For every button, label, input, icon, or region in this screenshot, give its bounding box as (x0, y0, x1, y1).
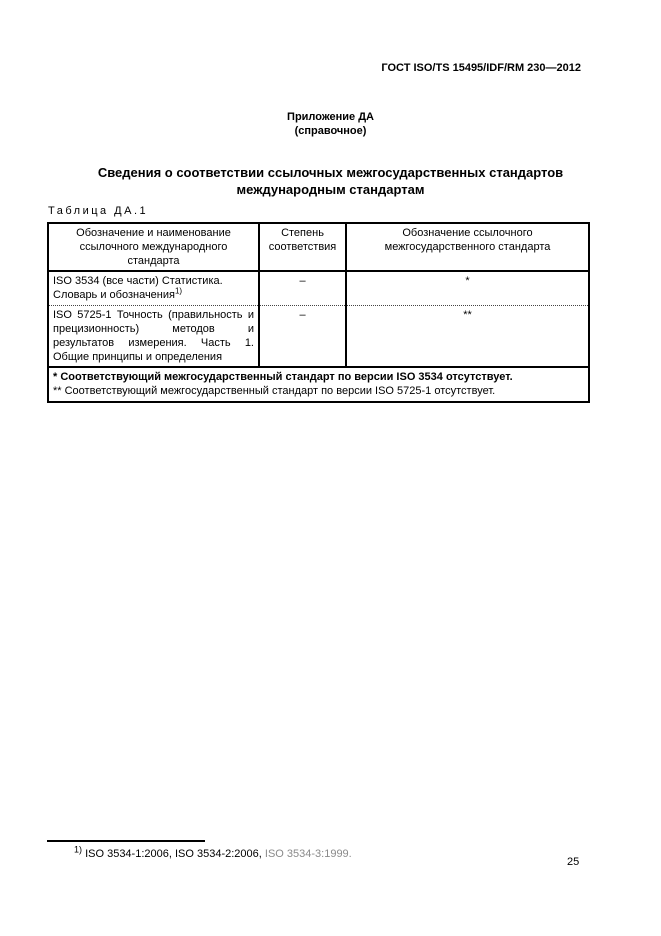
degree-cell: – (259, 271, 346, 305)
appendix-title: Приложение ДА (0, 110, 661, 124)
standard-name-line1: ISO 3534 (все части) Статистика. (53, 275, 223, 287)
document-header: ГОСТ ISO/TS 15495/IDF/RM 230—2012 (381, 62, 581, 74)
page-number: 25 (567, 856, 579, 868)
column-header-designation: Обозначение ссылочного межгосударственно… (346, 223, 589, 271)
degree-cell: – (259, 305, 346, 367)
table-note-1: * Соответствующий межгосударственный ста… (53, 370, 584, 384)
column-header-standard-name: Обозначение и наименование ссылочного ме… (48, 223, 259, 271)
standard-name-cell: ISO 5725-1 Точность (правильность и прец… (48, 305, 259, 367)
section-title-line1: Сведения о соответствии ссылочных межгос… (0, 164, 661, 181)
appendix-heading: Приложение ДА (справочное) (0, 110, 661, 138)
page-footnote: 1) ISO 3534-1:2006, ISO 3534-2:2006, ISO… (74, 848, 352, 860)
table-notes-row: * Соответствующий межгосударственный ста… (48, 367, 589, 402)
section-title: Сведения о соответствии ссылочных межгос… (0, 164, 661, 198)
table-row: ISO 5725-1 Точность (правильность и прец… (48, 305, 589, 367)
footnote-divider (47, 840, 205, 842)
footnote-marker: 1) (74, 844, 82, 854)
standard-name-line2: Словарь и обозначения (53, 289, 175, 301)
table-header-row: Обозначение и наименование ссылочного ме… (48, 223, 589, 271)
table-notes-cell: * Соответствующий межгосударственный ста… (48, 367, 589, 402)
section-title-line2: международным стандартам (0, 181, 661, 198)
designation-cell: * (346, 271, 589, 305)
table-note-2: ** Соответствующий межгосударственный ст… (53, 384, 584, 398)
appendix-subtitle: (справочное) (0, 124, 661, 138)
table-caption: Таблица ДА.1 (48, 205, 148, 217)
footnote-text: ISO 3534-1:2006, ISO 3534-2:2006, (85, 848, 262, 860)
column-header-degree: Степень соответствия (259, 223, 346, 271)
footnote-marker-ref: 1) (175, 286, 182, 295)
standard-name-cell: ISO 3534 (все части) Статистика. Словарь… (48, 271, 259, 305)
correspondence-table: Обозначение и наименование ссылочного ме… (47, 222, 590, 403)
designation-cell: ** (346, 305, 589, 367)
footnote-text-gray: ISO 3534-3:1999. (265, 848, 352, 860)
document-page: ГОСТ ISO/TS 15495/IDF/RM 230—2012 Прилож… (0, 0, 661, 936)
table-row: ISO 3534 (все части) Статистика. Словарь… (48, 271, 589, 305)
